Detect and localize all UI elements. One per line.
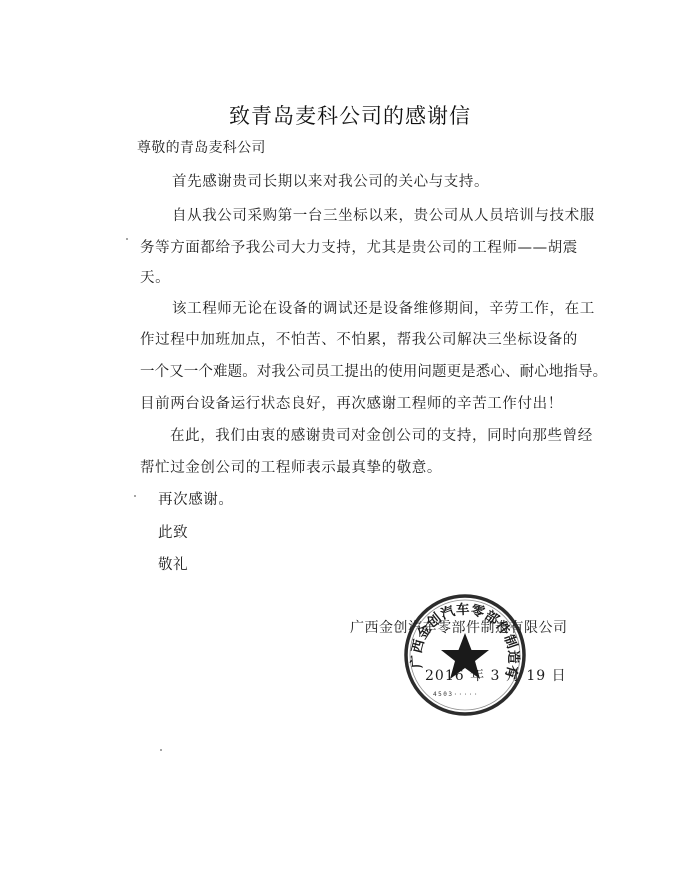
salutation: 尊敬的青岛麦科公司 (137, 137, 266, 157)
scan-speck (175, 215, 177, 217)
paragraph-1-line-1: 首先感谢贵司长期以来对我公司的关心与支持。 (172, 170, 489, 191)
paragraph-2-line-1: 自从我公司采购第一台三坐标以来，贵公司从人员培训与技术服 (172, 204, 595, 225)
paragraph-3-line-2: 作过程中加班加点，不怕苦、不怕累，帮我公司解决三坐标设备的 (140, 328, 578, 349)
paragraph-2-line-2: 务等方面都给予我公司大力支持，尤其是贵公司的工程师——胡震 (140, 236, 578, 257)
closing-jingli: 敬礼 (158, 553, 188, 574)
company-seal-stamp: 广西金创汽车零部件制造有限公司 4503····· (403, 593, 527, 717)
scan-speck (126, 238, 128, 240)
paragraph-2-line-3: 天。 (140, 266, 170, 287)
scan-speck (450, 177, 452, 179)
scan-speck (160, 749, 162, 751)
svg-text:4503·····: 4503····· (433, 691, 479, 698)
paragraph-3-line-1: 该工程师无论在设备的调试还是设备维修期间，辛劳工作，在工 (172, 297, 595, 318)
scanned-letter-page: 致青岛麦科公司的感谢信 尊敬的青岛麦科公司 首先感谢贵司长期以来对我公司的关心与… (0, 0, 700, 880)
paragraph-3-line-3: 一个又一个难题。对我公司员工提出的使用问题更是悉心、耐心地指导。 (140, 360, 607, 381)
paragraph-4-line-2: 帮忙过金创公司的工程师表示最真挚的敬意。 (140, 456, 442, 477)
signature-company: 广西金创汽车零部件制造有限公司 (350, 617, 568, 637)
signature-date: 2016 年 3 月 19 日 (425, 665, 567, 685)
paragraph-3-line-4: 目前两台设备运行状态良好，再次感谢工程师的辛苦工作付出！ (140, 392, 563, 413)
paragraph-5-line-1: 再次感谢。 (158, 488, 234, 509)
paragraph-4-line-1: 在此，我们由衷的感谢贵司对金创公司的支持，同时向那些曾经 (170, 424, 593, 445)
scan-speck (134, 495, 136, 497)
closing-cizhi: 此致 (158, 521, 188, 542)
letter-title: 致青岛麦科公司的感谢信 (0, 100, 700, 130)
